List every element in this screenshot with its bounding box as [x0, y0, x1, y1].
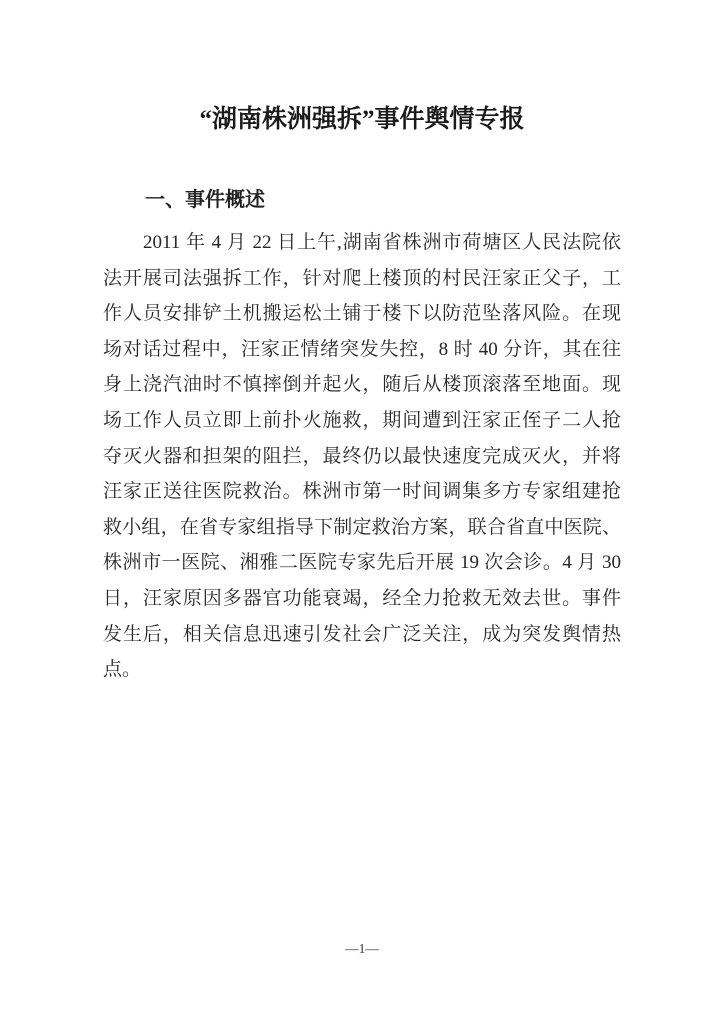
body-line: 日，汪家原因多器官功能衰竭，经全力抢救无效去世。事件	[103, 581, 621, 617]
body-line: 发生后，相关信息迅速引发社会广泛关注，成为突发舆情热	[103, 617, 621, 653]
body-line: 场对话过程中，汪家正情绪突发失控，8 时 40 分许，其在往	[103, 332, 621, 368]
body-paragraph: 2011 年 4 月 22 日上午,湖南省株洲市荷塘区人民法院依 法开展司法强拆…	[103, 225, 621, 688]
body-line: 法开展司法强拆工作，针对爬上楼顶的村民汪家正父子，工	[103, 261, 621, 297]
body-line: 夺灭火器和担架的阻拦，最终仍以最快速度完成灭火，并将	[103, 439, 621, 475]
body-line: 汪家正送往医院救治。株洲市第一时间调集多方专家组建抢	[103, 474, 621, 510]
body-line: 作人员安排铲土机搬运松土铺于楼下以防范坠落风险。在现	[103, 296, 621, 332]
body-line: 救小组，在省专家组指导下制定救治方案，联合省直中医院、	[103, 510, 621, 546]
body-line: 身上浇汽油时不慎摔倒并起火，随后从楼顶滚落至地面。现	[103, 367, 621, 403]
page-number: —1—	[0, 940, 724, 958]
body-line: 点。	[103, 652, 621, 688]
document-title: “湖南株洲强拆”事件舆情专报	[0, 0, 724, 136]
section-heading: 一、事件概述	[145, 187, 724, 213]
document-page: “湖南株洲强拆”事件舆情专报 一、事件概述 2011 年 4 月 22 日上午,…	[0, 0, 724, 1024]
body-line: 2011 年 4 月 22 日上午,湖南省株洲市荷塘区人民法院依	[103, 225, 621, 261]
body-line: 场工作人员立即上前扑火施救，期间遭到汪家正侄子二人抢	[103, 403, 621, 439]
body-line: 株洲市一医院、湘雅二医院专家先后开展 19 次会诊。4 月 30	[103, 545, 621, 581]
